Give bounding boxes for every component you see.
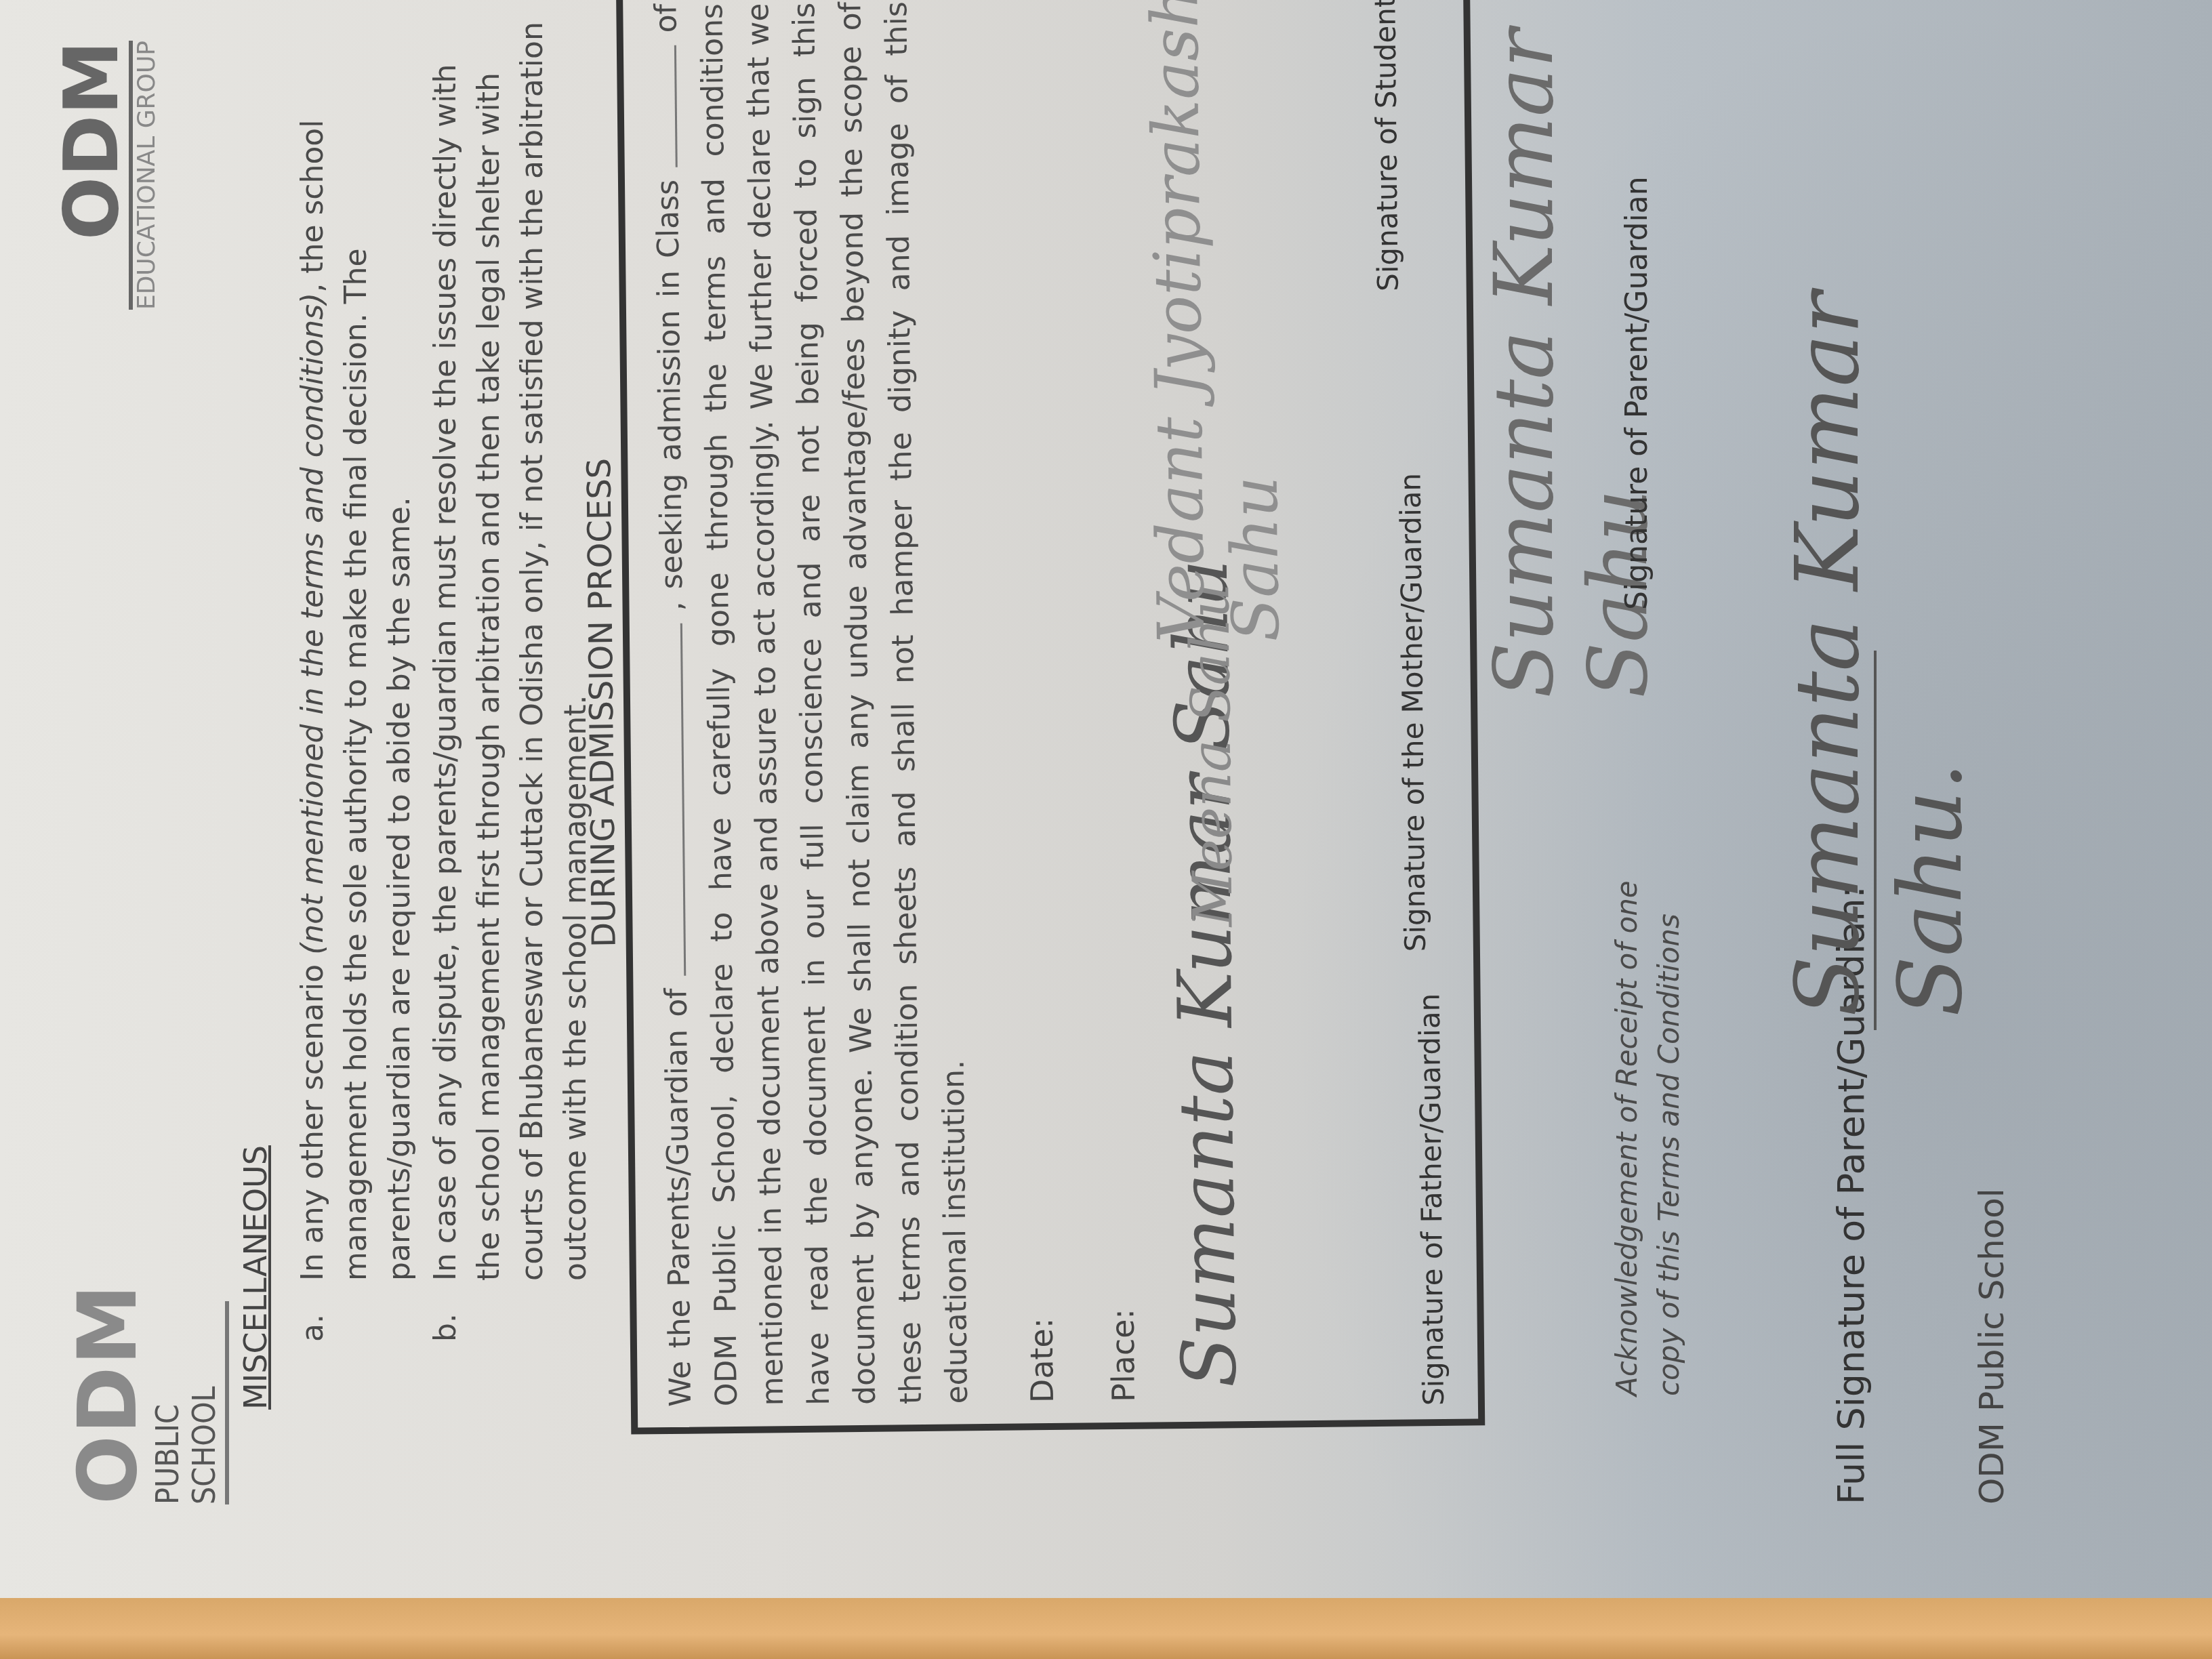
declaration-part: We the Parents/Guardian of: [659, 988, 697, 1407]
clause-text-pre: In any other scenario: [295, 955, 330, 1281]
school-logo: ODM PUBLIC SCHOOL: [68, 1301, 229, 1504]
group-logo-subtitle: EDUCATIONAL GROUP: [129, 41, 161, 310]
father-signature-label: Signature of Father/Guardian: [1413, 994, 1450, 1406]
admission-declaration-box: DURING ADMISSION PROCESS We the Parents/…: [616, 0, 1486, 1435]
student-signature: Vedant Jyotiprakash Sahu: [1138, 0, 1294, 643]
student-name-blank[interactable]: [680, 623, 686, 976]
class-blank[interactable]: [674, 45, 678, 167]
full-signature-handwritten: Sumanta Kumar Sahu.: [1776, 14, 1982, 1017]
group-logo: ODM EDUCATIONAL GROUP: [54, 41, 161, 310]
logo-mark: ODM: [68, 1301, 149, 1504]
declaration-text: We the Parents/Guardian of , seeking adm…: [643, 1, 981, 1407]
group-logo-mark: ODM: [54, 41, 129, 310]
clause-marker: a.: [291, 1314, 335, 1342]
acknowledgement-text: Acknowledgement of Receipt of one copy o…: [1606, 880, 1690, 1396]
date-label: Date:: [1023, 1317, 1061, 1403]
ack-signature-label: Signature of Parent/Guardian: [1620, 176, 1654, 610]
clause-text-italic: (not mentioned in the terms and conditio…: [295, 293, 330, 955]
footer-school-name: ODM Public School: [1972, 1188, 2011, 1504]
place-label: Place:: [1104, 1309, 1141, 1402]
ack-line-2: copy of this Terms and Conditions: [1648, 880, 1690, 1396]
clause-b: b. In case of any dispute, the parents/g…: [424, 14, 598, 1342]
declaration-part: , seeking admission in Class: [651, 180, 690, 611]
clause-text: In any other scenario (not mentioned in …: [295, 120, 417, 1282]
ack-line-1: Acknowledgement of Receipt of one: [1606, 880, 1648, 1396]
clause-marker: b.: [424, 1313, 468, 1342]
student-signature-label: Signature of Student: [1368, 0, 1405, 291]
mother-signature-label: Signature of the Mother/Guardian: [1394, 473, 1432, 952]
miscellaneous-clauses: a. In any other scenario (not mentioned …: [291, 14, 600, 1342]
miscellaneous-heading: MISCELLANEOUS: [237, 1145, 274, 1410]
document-page: ODM PUBLIC SCHOOL ODM EDUCATIONAL GROUP …: [14, 14, 2169, 1613]
declaration-part: of ODM Public School, declare to have ca…: [649, 1, 975, 1406]
clause-a: a. In any other scenario (not mentioned …: [291, 14, 422, 1342]
clause-text: In case of any dispute, the parents/guar…: [428, 22, 593, 1281]
logo-subtitle: PUBLIC SCHOOL: [149, 1301, 229, 1504]
